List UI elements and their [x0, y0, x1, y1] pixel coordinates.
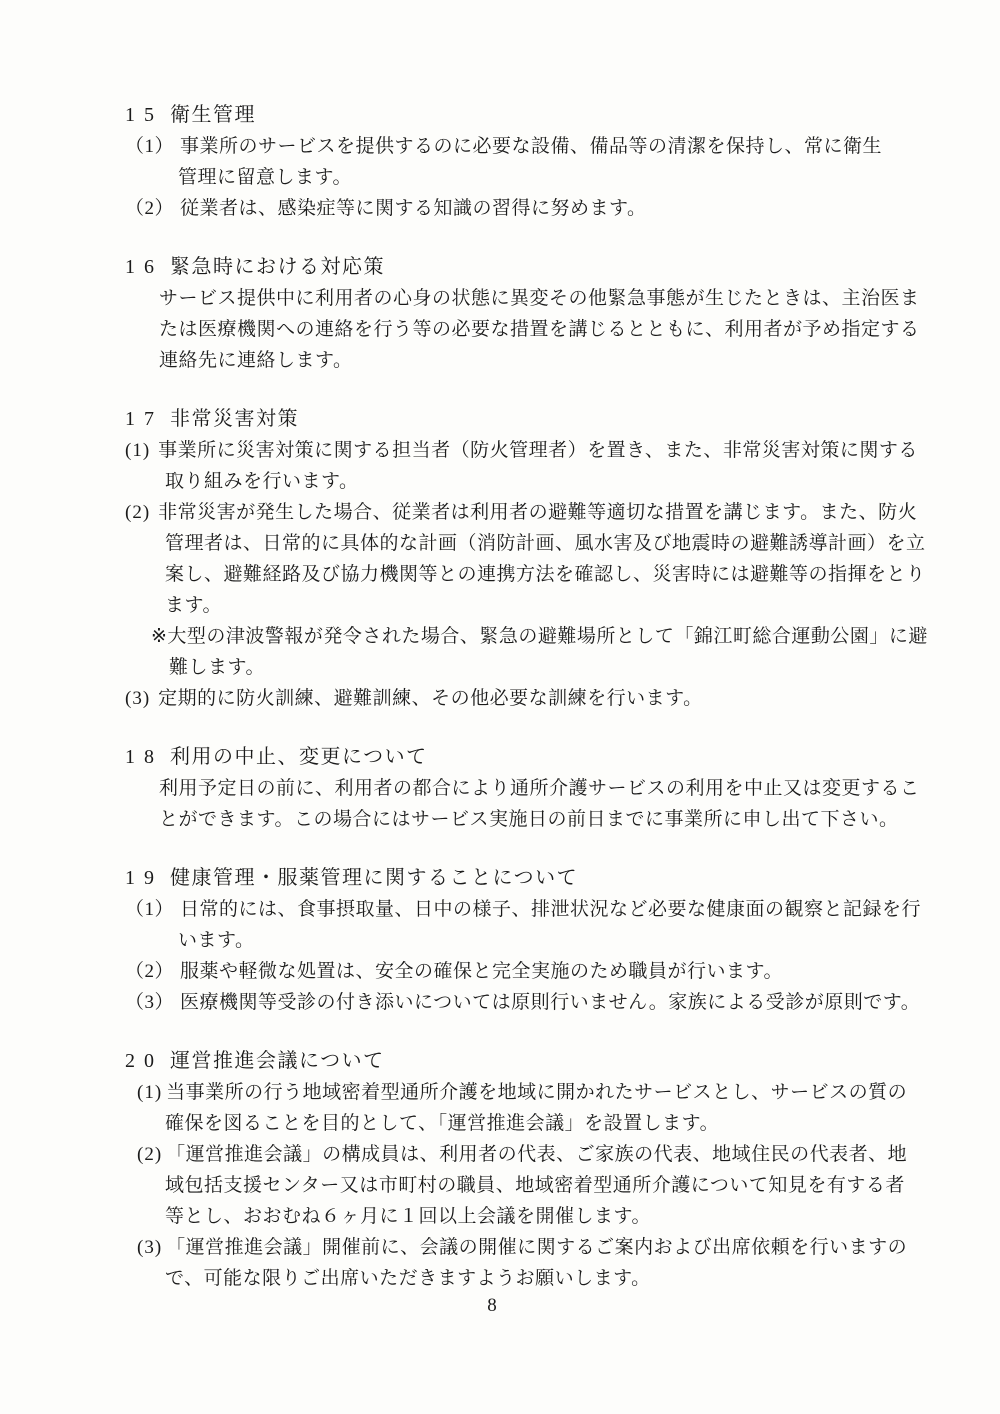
- text-line: (3)定期的に防火訓練、避難訓練、その他必要な訓練を行います。: [125, 683, 904, 714]
- section-number: 20: [125, 1050, 163, 1072]
- text-line: (1)当事業所の行う地域密着型通所介護を地域に開かれたサービスとし、サービスの質…: [125, 1077, 904, 1108]
- list-item: (2)非常災害が発生した場合、従業者は利用者の避難等適切な措置を講じます。また、…: [125, 497, 904, 621]
- line-text: 難します。: [169, 657, 265, 678]
- text-line: とができます。この場合にはサービス実施日の前日までに事業所に申し出て下さい。: [125, 804, 904, 835]
- list-item: (1)当事業所の行う地域密着型通所介護を地域に開かれたサービスとし、サービスの質…: [125, 1077, 904, 1139]
- section-title: 衛生管理: [170, 104, 256, 126]
- item-marker: (2): [125, 497, 150, 528]
- line-text: 従業者は、感染症等に関する知識の習得に努めます。: [180, 198, 646, 219]
- section-16: 16緊急時における対応策サービス提供中に利用者の心身の状態に異変その他緊急事態が…: [125, 252, 904, 376]
- section-title: 非常災害対策: [170, 408, 299, 430]
- text-line: 域包括支援センター又は市町村の職員、地域密着型通所介護について知見を有する者: [125, 1170, 904, 1201]
- text-line: 確保を図ることを目的として、「運営推進会議」を設置します。: [125, 1108, 904, 1139]
- line-text: 等とし、おおむね６ヶ月に１回以上会議を開催します。: [165, 1206, 651, 1227]
- line-text: 日常的には、食事摂取量、日中の様子、排泄状況など必要な健康面の観察と記録を行: [180, 899, 921, 920]
- section-title: 利用の中止、変更について: [170, 746, 428, 768]
- line-text: 連絡先に連絡します。: [159, 350, 352, 371]
- text-line: 難します。: [125, 652, 904, 683]
- line-text: 管理者は、日常的に具体的な計画（消防計画、風水害及び地震時の避難誘導計画）を立: [165, 533, 926, 554]
- text-line: ます。: [125, 590, 904, 621]
- list-item: （1）日常的には、食事摂取量、日中の様子、排泄状況など必要な健康面の観察と記録を…: [125, 894, 904, 956]
- item-marker: （2）: [125, 956, 174, 987]
- line-text: 域包括支援センター又は市町村の職員、地域密着型通所介護について知見を有する者: [165, 1175, 905, 1196]
- item-marker: (2): [137, 1139, 162, 1170]
- text-line: 連絡先に連絡します。: [125, 345, 904, 376]
- section-heading: 15衛生管理: [125, 100, 904, 131]
- section-number: 18: [125, 746, 163, 768]
- line-text: 医療機関等受診の付き添いについては原則行いません。家族による受診が原則です。: [180, 992, 920, 1013]
- section-heading: 16緊急時における対応策: [125, 252, 904, 283]
- line-text: 管理に留意します。: [178, 167, 352, 188]
- line-text: 「運営推進会議」の構成員は、利用者の代表、ご家族の代表、地域住民の代表者、地: [166, 1144, 907, 1165]
- list-item: (2)「運営推進会議」の構成員は、利用者の代表、ご家族の代表、地域住民の代表者、…: [125, 1139, 904, 1232]
- page-number: 8: [0, 1290, 984, 1321]
- item-marker: (3): [125, 683, 150, 714]
- text-line: ※大型の津波警報が発令された場合、緊急の避難場所として「錦江町総合運動公園」に避: [125, 621, 904, 652]
- text-line: （1）日常的には、食事摂取量、日中の様子、排泄状況など必要な健康面の観察と記録を…: [125, 894, 904, 925]
- text-line: (3)「運営推進会議」開催前に、会議の開催に関するご案内および出席依頼を行います…: [125, 1232, 904, 1263]
- section-title: 運営推進会議について: [170, 1050, 385, 1072]
- line-text: 非常災害が発生した場合、従業者は利用者の避難等適切な措置を講じます。また、防火: [158, 502, 917, 523]
- line-text: 「運営推進会議」開催前に、会議の開催に関するご案内および出席依頼を行いますの: [166, 1237, 907, 1258]
- text-line: 利用予定日の前に、利用者の都合により通所介護サービスの利用を中止又は変更するこ: [125, 773, 904, 804]
- document-page: 15衛生管理（1）事業所のサービスを提供するのに必要な設備、備品等の清潔を保持し…: [0, 0, 1000, 1414]
- item-marker: （3）: [125, 987, 174, 1018]
- text-line: （2）従業者は、感染症等に関する知識の習得に努めます。: [125, 193, 904, 224]
- item-marker: （1）: [125, 894, 174, 925]
- line-text: 事業所に災害対策に関する担当者（防火管理者）を置き、また、非常災害対策に関する: [158, 440, 918, 461]
- line-text: 取り組みを行います。: [165, 471, 358, 492]
- section-number: 19: [125, 867, 163, 889]
- section-number: 15: [125, 104, 163, 126]
- line-text: います。: [178, 930, 254, 951]
- line-text: 案し、避難経路及び協力機関等との連携方法を確認し、災害時には避難等の指揮をとり: [165, 564, 926, 585]
- section-title: 緊急時における対応策: [170, 256, 385, 278]
- text-line: 等とし、おおむね６ヶ月に１回以上会議を開催します。: [125, 1201, 904, 1232]
- line-text: 利用予定日の前に、利用者の都合により通所介護サービスの利用を中止又は変更するこ: [159, 778, 920, 799]
- section-title: 健康管理・服薬管理に関することについて: [170, 867, 578, 889]
- item-marker: (3): [137, 1232, 162, 1263]
- section-18: 18利用の中止、変更について利用予定日の前に、利用者の都合により通所介護サービス…: [125, 742, 904, 835]
- text-line: 取り組みを行います。: [125, 466, 904, 497]
- item-marker: (1): [137, 1077, 162, 1108]
- text-line: （1）事業所のサービスを提供するのに必要な設備、備品等の清潔を保持し、常に衛生: [125, 131, 904, 162]
- section-heading: 17非常災害対策: [125, 404, 904, 435]
- item-marker: (1): [125, 435, 150, 466]
- section-17: 17非常災害対策(1)事業所に災害対策に関する担当者（防火管理者）を置き、また、…: [125, 404, 904, 714]
- text-line: 案し、避難経路及び協力機関等との連携方法を確認し、災害時には避難等の指揮をとり: [125, 559, 904, 590]
- section-15: 15衛生管理（1）事業所のサービスを提供するのに必要な設備、備品等の清潔を保持し…: [125, 100, 904, 224]
- section-number: 16: [125, 256, 163, 278]
- line-text: 確保を図ることを目的として、「運営推進会議」を設置します。: [165, 1113, 719, 1134]
- text-line: たは医療機関への連絡を行う等の必要な措置を講じるとともに、利用者が予め指定する: [125, 314, 904, 345]
- line-text: で、可能な限りご出席いただきますようお願いします。: [165, 1268, 651, 1289]
- text-line: （3）医療機関等受診の付き添いについては原則行いません。家族による受診が原則です…: [125, 987, 904, 1018]
- item-marker: ※: [151, 621, 167, 652]
- text-line: (1)事業所に災害対策に関する担当者（防火管理者）を置き、また、非常災害対策に関…: [125, 435, 904, 466]
- line-text: ます。: [165, 595, 222, 616]
- text-line: 管理者は、日常的に具体的な計画（消防計画、風水害及び地震時の避難誘導計画）を立: [125, 528, 904, 559]
- section-heading: 18利用の中止、変更について: [125, 742, 904, 773]
- text-line: サービス提供中に利用者の心身の状態に異変その他緊急事態が生じたときは、主治医ま: [125, 283, 904, 314]
- list-item: （2）従業者は、感染症等に関する知識の習得に努めます。: [125, 193, 904, 224]
- paragraph: 利用予定日の前に、利用者の都合により通所介護サービスの利用を中止又は変更すること…: [125, 773, 904, 835]
- line-text: とができます。この場合にはサービス実施日の前日までに事業所に申し出て下さい。: [159, 809, 898, 830]
- text-line: 管理に留意します。: [125, 162, 904, 193]
- document-body: 15衛生管理（1）事業所のサービスを提供するのに必要な設備、備品等の清潔を保持し…: [125, 100, 904, 1294]
- text-line: います。: [125, 925, 904, 956]
- line-text: サービス提供中に利用者の心身の状態に異変その他緊急事態が生じたときは、主治医ま: [159, 288, 920, 309]
- item-marker: （1）: [125, 131, 174, 162]
- section-number: 17: [125, 408, 163, 430]
- text-line: (2)非常災害が発生した場合、従業者は利用者の避難等適切な措置を講じます。また、…: [125, 497, 904, 528]
- list-item: （1）事業所のサービスを提供するのに必要な設備、備品等の清潔を保持し、常に衛生管…: [125, 131, 904, 193]
- section-heading: 19健康管理・服薬管理に関することについて: [125, 863, 904, 894]
- list-item: （3）医療機関等受診の付き添いについては原則行いません。家族による受診が原則です…: [125, 987, 904, 1018]
- text-line: (2)「運営推進会議」の構成員は、利用者の代表、ご家族の代表、地域住民の代表者、…: [125, 1139, 904, 1170]
- line-text: 当事業所の行う地域密着型通所介護を地域に開かれたサービスとし、サービスの質の: [166, 1082, 907, 1103]
- line-text: 服薬や軽微な処置は、安全の確保と完全実施のため職員が行います。: [180, 961, 783, 982]
- section-19: 19健康管理・服薬管理に関することについて（1）日常的には、食事摂取量、日中の様…: [125, 863, 904, 1018]
- list-item: (1)事業所に災害対策に関する担当者（防火管理者）を置き、また、非常災害対策に関…: [125, 435, 904, 497]
- section-20: 20運営推進会議について(1)当事業所の行う地域密着型通所介護を地域に開かれたサ…: [125, 1046, 904, 1294]
- list-item: (3)定期的に防火訓練、避難訓練、その他必要な訓練を行います。: [125, 683, 904, 714]
- line-text: 事業所のサービスを提供するのに必要な設備、備品等の清潔を保持し、常に衛生: [180, 136, 882, 157]
- line-text: 大型の津波警報が発令された場合、緊急の避難場所として「錦江町総合運動公園」に避: [167, 626, 928, 647]
- list-item: （2）服薬や軽微な処置は、安全の確保と完全実施のため職員が行います。: [125, 956, 904, 987]
- line-text: 定期的に防火訓練、避難訓練、その他必要な訓練を行います。: [158, 688, 702, 709]
- list-item: (3)「運営推進会議」開催前に、会議の開催に関するご案内および出席依頼を行います…: [125, 1232, 904, 1294]
- item-marker: （2）: [125, 193, 174, 224]
- section-heading: 20運営推進会議について: [125, 1046, 904, 1077]
- line-text: たは医療機関への連絡を行う等の必要な措置を講じるとともに、利用者が予め指定する: [159, 319, 920, 340]
- paragraph: サービス提供中に利用者の心身の状態に異変その他緊急事態が生じたときは、主治医また…: [125, 283, 904, 376]
- text-line: （2）服薬や軽微な処置は、安全の確保と完全実施のため職員が行います。: [125, 956, 904, 987]
- list-item: ※大型の津波警報が発令された場合、緊急の避難場所として「錦江町総合運動公園」に避…: [125, 621, 904, 683]
